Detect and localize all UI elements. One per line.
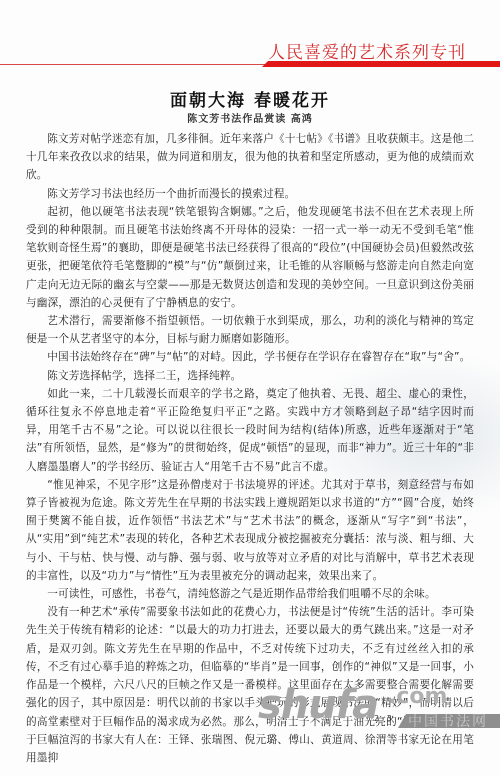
header-red-bar bbox=[262, 61, 500, 67]
paragraph: 艺术潜行，需要渐修不指望顿悟。一切依赖于水到渠成，那么，功利的淡化与精神的笃定便… bbox=[26, 312, 474, 348]
paragraph: 陈文芳选择帖学，选择二王，选择纯粹。 bbox=[26, 367, 474, 385]
header-divider-line bbox=[0, 64, 270, 65]
article-title: 面朝大海 春暖花开 bbox=[0, 86, 500, 111]
paragraph: 如此一来，二十几载漫长而艰辛的学书之路，奠定了他执着、无畏、超尘、虚心的秉性，循… bbox=[26, 385, 474, 476]
watermark-domain: .com bbox=[388, 684, 447, 709]
paragraph: 一可读性，可感性，书卷气，清纯悠游之气是近期作品带给我们咀嚼不尽的余味。 bbox=[26, 585, 474, 603]
paragraph: 中国书法始终存在“碑”与“帖”的对峙。因此，学书便存在学识存在睿智存在“取”与“… bbox=[26, 348, 474, 366]
paragraph: “惟见神采，不见字形”这是孙僧虔对于书法境界的评述。尤其对于草书，刻意经营与布如… bbox=[26, 476, 474, 585]
page-numbers: 2 · 3 bbox=[374, 714, 392, 723]
series-title: 人民喜爱的艺术系列专刊 bbox=[268, 38, 466, 63]
site-watermark: shufa .com 2 · 3 中国书法网 bbox=[258, 688, 500, 732]
site-name: 中国书法网 bbox=[408, 711, 488, 731]
article-byline: 陈文芳书法作品赏读 高鸿 bbox=[0, 110, 500, 125]
paragraph: 陈文芳学习书法也经历一个曲折而漫长的摸索过程。 bbox=[26, 185, 474, 203]
paragraph: 起初，他以硬笔书法表现“铁笔银钩含婀娜。”之后，他发现硬笔书法不但在艺术表现上所… bbox=[26, 203, 474, 312]
watermark-logo: shufa bbox=[258, 682, 378, 728]
paragraph: 陈文芳对帖学迷恋有加，几多徘徊。近年来落户《十七帖》《书谱》且收获颇丰。这是他二… bbox=[26, 130, 474, 185]
article-body: 陈文芳对帖学迷恋有加，几多徘徊。近年来落户《十七帖》《书谱》且收获颇丰。这是他二… bbox=[26, 130, 474, 767]
